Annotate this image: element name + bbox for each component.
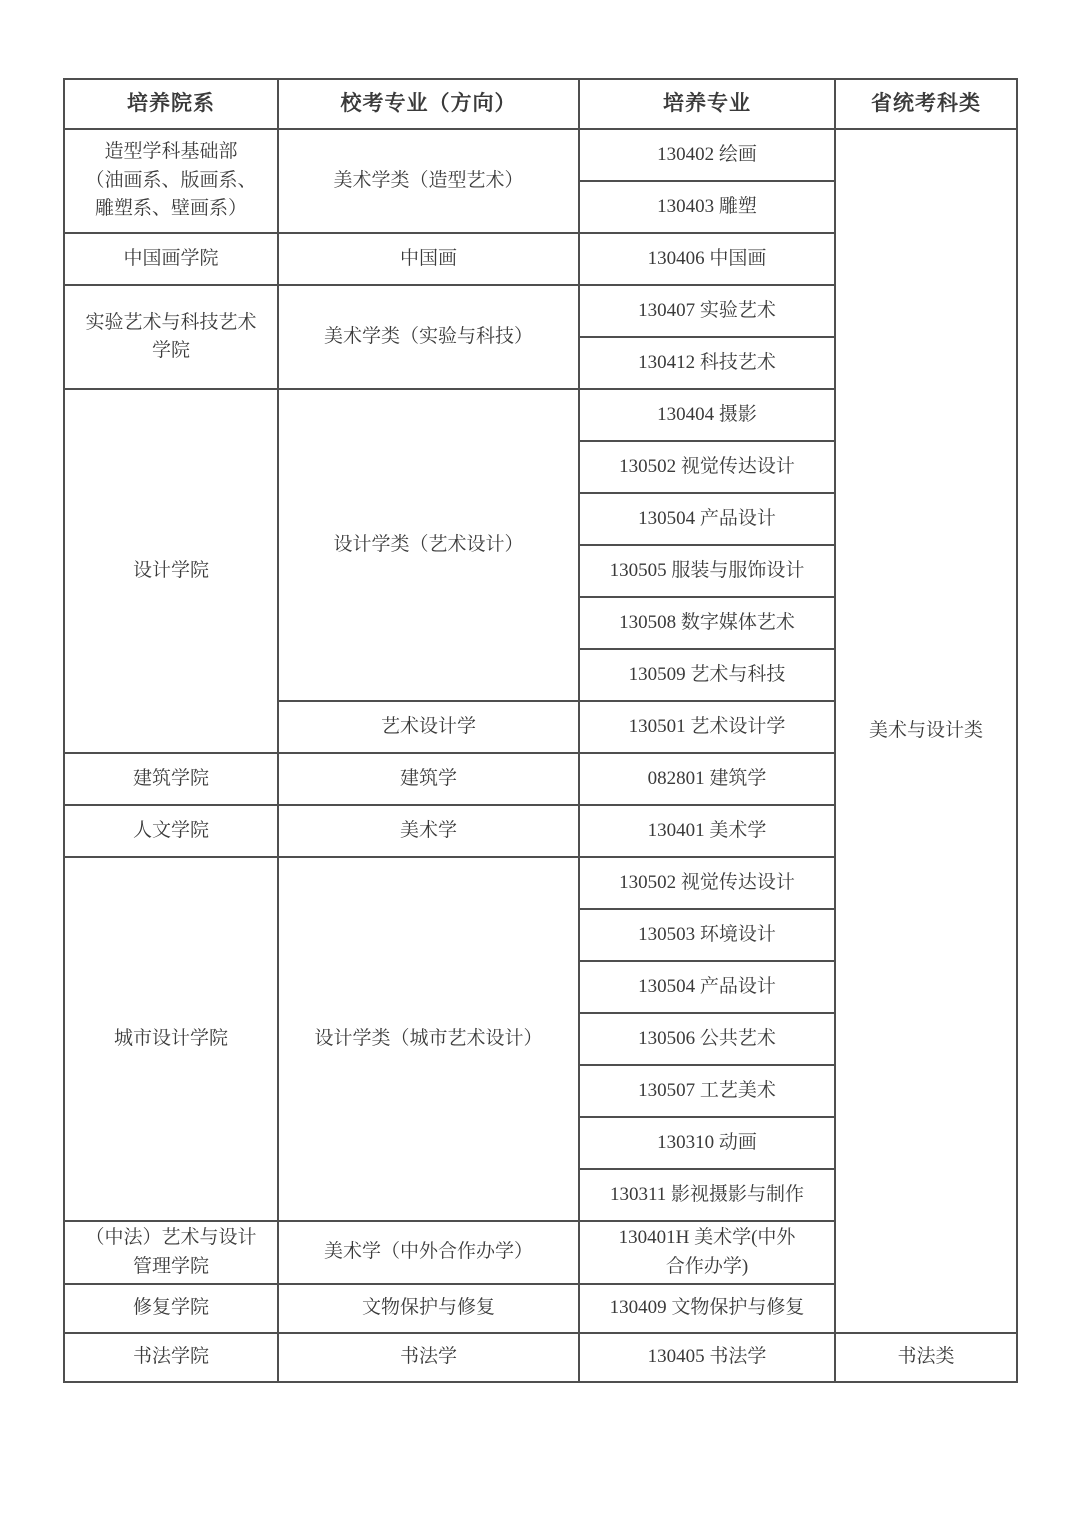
exam-major-cell: 文物保护与修复 — [278, 1284, 579, 1333]
table-row: 书法学院 书法学 130405 书法学 书法类 — [64, 1333, 1017, 1382]
exam-major-cell: 艺术设计学 — [278, 701, 579, 753]
dept-cell: 实验艺术与科技艺术 学院 — [64, 285, 278, 389]
dept-cell: 人文学院 — [64, 805, 278, 857]
training-major-cell: 130401H 美术学(中外 合作办学) — [579, 1221, 835, 1284]
dept-cell: 设计学院 — [64, 389, 278, 753]
training-major-cell: 130503 环境设计 — [579, 909, 835, 961]
training-major-cell: 130502 视觉传达设计 — [579, 441, 835, 493]
exam-major-cell: 美术学类（造型艺术） — [278, 129, 579, 233]
training-major-cell: 130409 文物保护与修复 — [579, 1284, 835, 1333]
training-major-cell: 130505 服装与服饰设计 — [579, 545, 835, 597]
header-row: 培养院系 校考专业（方向） 培养专业 省统考科类 — [64, 79, 1017, 129]
exam-major-cell: 设计学类（艺术设计） — [278, 389, 579, 701]
training-major-cell: 130402 绘画 — [579, 129, 835, 181]
training-major-cell: 130508 数字媒体艺术 — [579, 597, 835, 649]
training-major-cell: 082801 建筑学 — [579, 753, 835, 805]
dept-cell: 城市设计学院 — [64, 857, 278, 1221]
exam-major-cell: 书法学 — [278, 1333, 579, 1382]
exam-major-cell: 美术学类（实验与科技） — [278, 285, 579, 389]
admission-table-container: 培养院系 校考专业（方向） 培养专业 省统考科类 造型学科基础部 （油画系、版画… — [63, 78, 1018, 1383]
training-major-cell: 130501 艺术设计学 — [579, 701, 835, 753]
training-major-cell: 130504 产品设计 — [579, 493, 835, 545]
training-major-cell: 130506 公共艺术 — [579, 1013, 835, 1065]
exam-major-cell: 设计学类（城市艺术设计） — [278, 857, 579, 1221]
training-major-cell: 130504 产品设计 — [579, 961, 835, 1013]
exam-major-cell: 中国画 — [278, 233, 579, 285]
header-exam-category: 省统考科类 — [835, 79, 1017, 129]
training-major-cell: 130405 书法学 — [579, 1333, 835, 1382]
header-exam-major: 校考专业（方向） — [278, 79, 579, 129]
training-major-cell: 130404 摄影 — [579, 389, 835, 441]
training-major-cell: 130412 科技艺术 — [579, 337, 835, 389]
dept-cell: 修复学院 — [64, 1284, 278, 1333]
dept-cell: （中法）艺术与设计 管理学院 — [64, 1221, 278, 1284]
exam-major-cell: 美术学（中外合作办学） — [278, 1221, 579, 1284]
training-major-cell: 130502 视觉传达设计 — [579, 857, 835, 909]
admission-table: 培养院系 校考专业（方向） 培养专业 省统考科类 造型学科基础部 （油画系、版画… — [63, 78, 1018, 1383]
exam-major-cell: 建筑学 — [278, 753, 579, 805]
table-row: 造型学科基础部 （油画系、版画系、 雕塑系、壁画系） 美术学类（造型艺术） 13… — [64, 129, 1017, 181]
header-training-major: 培养专业 — [579, 79, 835, 129]
header-department: 培养院系 — [64, 79, 278, 129]
training-major-cell: 130310 动画 — [579, 1117, 835, 1169]
dept-cell: 建筑学院 — [64, 753, 278, 805]
dept-cell: 中国画学院 — [64, 233, 278, 285]
training-major-cell: 130311 影视摄影与制作 — [579, 1169, 835, 1221]
dept-cell: 造型学科基础部 （油画系、版画系、 雕塑系、壁画系） — [64, 129, 278, 233]
exam-major-cell: 美术学 — [278, 805, 579, 857]
training-major-cell: 130401 美术学 — [579, 805, 835, 857]
exam-category-cell: 书法类 — [835, 1333, 1017, 1382]
training-major-cell: 130509 艺术与科技 — [579, 649, 835, 701]
dept-cell: 书法学院 — [64, 1333, 278, 1382]
exam-category-cell: 美术与设计类 — [835, 129, 1017, 1333]
training-major-cell: 130403 雕塑 — [579, 181, 835, 233]
training-major-cell: 130507 工艺美术 — [579, 1065, 835, 1117]
training-major-cell: 130407 实验艺术 — [579, 285, 835, 337]
training-major-cell: 130406 中国画 — [579, 233, 835, 285]
